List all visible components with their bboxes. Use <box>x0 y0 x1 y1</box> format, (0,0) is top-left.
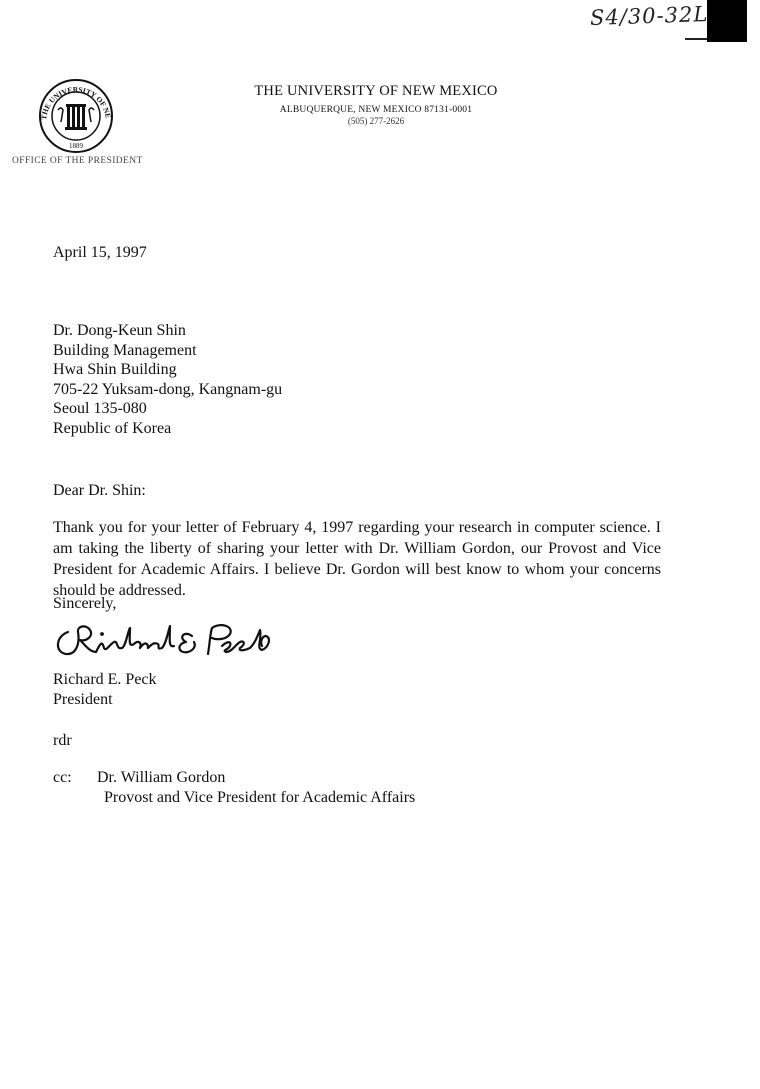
institution-name: THE UNIVERSITY OF NEW MEXICO <box>200 83 552 100</box>
svg-text:1889: 1889 <box>69 142 84 150</box>
recipient-department: Building Management <box>53 341 282 361</box>
letter-date: April 15, 1997 <box>53 243 147 263</box>
redaction-block <box>707 0 747 42</box>
signer-name: Richard E. Peck <box>53 670 157 690</box>
typist-initials: rdr <box>53 731 72 751</box>
office-of-the-president: OFFICE OF THE PRESIDENT <box>12 156 143 166</box>
recipient-city: Seoul 135-080 <box>53 399 282 419</box>
institution-phone: (505) 277-2626 <box>200 116 552 126</box>
handwritten-signature-icon <box>50 618 310 664</box>
signer-block: Richard E. Peck President <box>53 670 157 710</box>
recipient-building: Hwa Shin Building <box>53 360 282 380</box>
cc-recipient-name: Dr. William Gordon <box>97 768 225 788</box>
signer-title: President <box>53 690 157 710</box>
recipient-name: Dr. Dong-Keun Shin <box>53 321 282 341</box>
cc-recipient-title: Provost and Vice President for Academic … <box>104 788 415 808</box>
handwritten-file-reference: S4/30-32L <box>590 2 709 30</box>
annotation-underline <box>685 38 707 40</box>
letter-body-paragraph: Thank you for your letter of February 4,… <box>53 517 661 601</box>
salutation: Dear Dr. Shin: <box>53 481 146 501</box>
institution-address: ALBUQUERQUE, NEW MEXICO 87131-0001 <box>200 105 552 115</box>
recipient-address-block: Dr. Dong-Keun Shin Building Management H… <box>53 321 282 438</box>
recipient-country: Republic of Korea <box>53 419 282 439</box>
university-seal-icon: THE UNIVERSITY OF NEW MEXICO 1889 <box>36 76 116 156</box>
closing: Sincerely, <box>53 594 116 614</box>
cc-label: cc: <box>53 768 72 788</box>
recipient-street: 705-22 Yuksam-dong, Kangnam-gu <box>53 380 282 400</box>
